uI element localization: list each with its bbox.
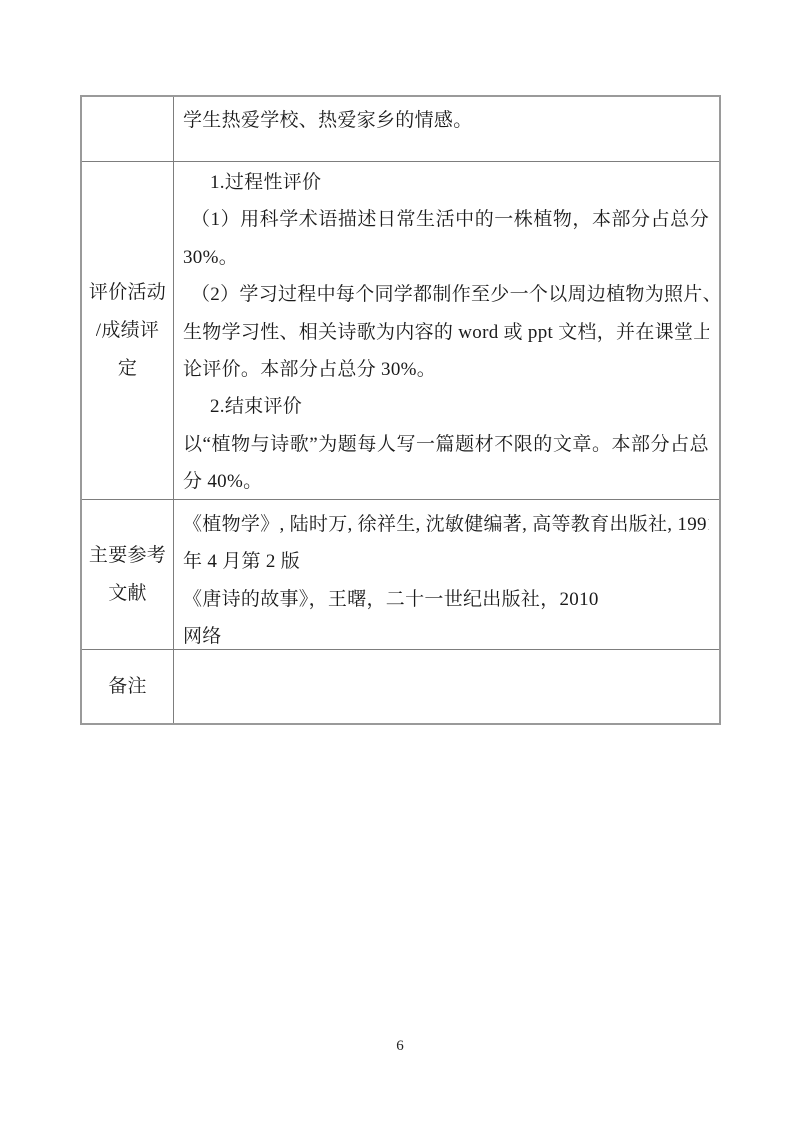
- content-table: 学生热爱学校、热爱家乡的情感。 评价活动/成绩评定 1.过程性评价（1）用科学术…: [80, 95, 721, 725]
- text-line: 评价活动: [89, 274, 166, 312]
- text-line: 主要参考: [89, 537, 166, 575]
- table-row-remarks: 备注: [82, 649, 719, 723]
- row-content-cell: 1.过程性评价（1）用科学术语描述日常生活中的一株植物，本部分占总分30%。（2…: [174, 162, 719, 499]
- row-content-cell: [174, 650, 719, 723]
- text-line: 1.过程性评价: [183, 164, 709, 201]
- row-content-cell: 《植物学》, 陆时万, 徐祥生, 沈敏健编著, 高等教育出版社, 1991年 4…: [174, 500, 719, 649]
- text-line: 分 40%。: [183, 463, 709, 499]
- page-number: 6: [0, 1038, 800, 1055]
- row-label-cell: 评价活动/成绩评定: [82, 162, 174, 499]
- table-row-references: 主要参考文献 《植物学》, 陆时万, 徐祥生, 沈敏健编著, 高等教育出版社, …: [82, 499, 719, 649]
- text-line: 学生热爱学校、热爱家乡的情感。: [183, 102, 709, 139]
- document-page: 学生热爱学校、热爱家乡的情感。 评价活动/成绩评定 1.过程性评价（1）用科学术…: [0, 0, 800, 1131]
- text-line: 生物学习性、相关诗歌为内容的 word 或 ppt 文档，并在课堂上讨: [183, 314, 709, 351]
- text-line: /成绩评: [96, 312, 159, 350]
- text-line: 年 4 月第 2 版: [183, 543, 709, 580]
- table-row-continuation: 学生热爱学校、热爱家乡的情感。: [82, 97, 719, 161]
- row-label-cell: 主要参考文献: [82, 500, 174, 649]
- text-line: 网络: [183, 618, 709, 649]
- text-line: 《唐诗的故事》，王曙，二十一世纪出版社，2010: [183, 581, 709, 618]
- text-line: 论评价。本部分占总分 30%。: [183, 351, 709, 388]
- text-line: 定: [118, 350, 137, 388]
- text-line: 以“植物与诗歌”为题每人写一篇题材不限的文章。本部分占总: [183, 426, 709, 463]
- row-content-cell: 学生热爱学校、热爱家乡的情感。: [174, 97, 719, 161]
- text-line: 备注: [108, 668, 147, 706]
- text-line: 2.结束评价: [183, 388, 709, 425]
- text-line: 文献: [108, 575, 147, 613]
- row-label-cell: [82, 97, 174, 161]
- row-label-cell: 备注: [82, 650, 174, 723]
- text-line: （1）用科学术语描述日常生活中的一株植物，本部分占总分: [183, 201, 709, 238]
- text-line: 《植物学》, 陆时万, 徐祥生, 沈敏健编著, 高等教育出版社, 1991: [183, 506, 709, 543]
- text-line: （2）学习过程中每个同学都制作至少一个以周边植物为照片、: [183, 276, 709, 313]
- table-row-evaluation: 评价活动/成绩评定 1.过程性评价（1）用科学术语描述日常生活中的一株植物，本部…: [82, 161, 719, 499]
- text-line: 30%。: [183, 239, 709, 276]
